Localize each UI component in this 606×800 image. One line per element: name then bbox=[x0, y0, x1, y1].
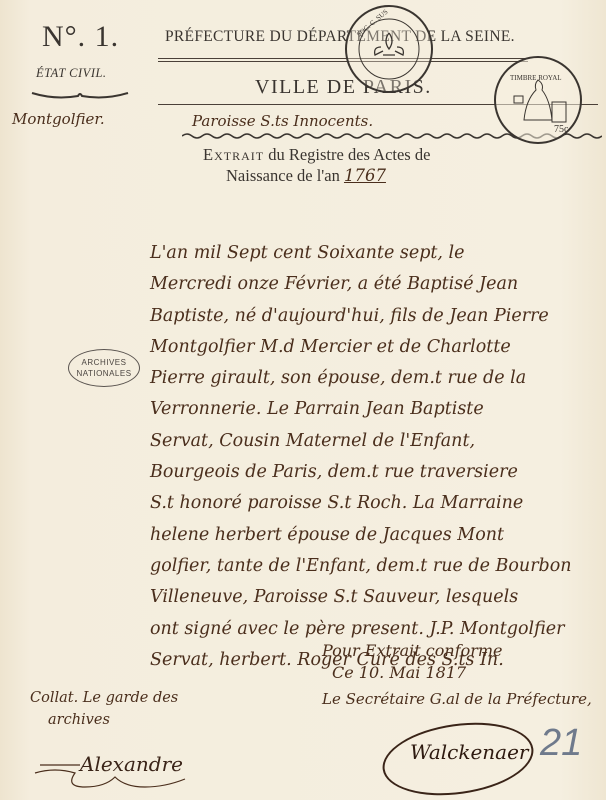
collation-note: Collat. Le garde des bbox=[30, 690, 178, 706]
paroisse-field: Paroisse S.ts Innocents. bbox=[192, 112, 373, 130]
nationales-line: NATIONALES bbox=[69, 368, 139, 379]
extrait-title: Extrait du Registre des Actes de bbox=[203, 145, 430, 165]
record-line: helene herbert épouse de Jacques Mont bbox=[150, 520, 600, 551]
pencil-folio-number: 21 bbox=[540, 722, 582, 765]
etat-civil-label: ÉTAT CIVIL. bbox=[36, 66, 107, 81]
margin-annotation: Montgolfier. bbox=[12, 110, 105, 128]
timbre-royal-stamp: TIMBRE ROYAL 75c bbox=[494, 56, 582, 144]
signature-flourish-icon bbox=[30, 745, 200, 795]
rule-divider bbox=[158, 58, 528, 59]
prefecture-heading: PRÉFECTURE DU DÉPARTEMENT DE LA SEINE. bbox=[165, 28, 515, 46]
record-line: L'an mil Sept cent Soixante sept, le bbox=[150, 238, 600, 269]
rule-divider bbox=[158, 61, 528, 62]
extrait-subtitle: Naissance de l'an 1767 bbox=[226, 166, 386, 186]
extrait-rest: du Registre des Actes de bbox=[264, 145, 430, 164]
svg-text:SOC. C. SUS: SOC. C. SUS bbox=[355, 8, 389, 39]
record-line: Bourgeois de Paris, dem.t rue traversier… bbox=[150, 457, 600, 488]
record-line: Villeneuve, Paroisse S.t Sauveur, lesque… bbox=[150, 582, 600, 613]
secretary-title: Le Secrétaire G.al de la Préfecture, bbox=[322, 690, 592, 708]
archives-line: ARCHIVES bbox=[69, 357, 139, 368]
baptism-record-text: L'an mil Sept cent Soixante sept, le Mer… bbox=[150, 238, 600, 676]
record-line: Verronnerie. Le Parrain Jean Baptiste bbox=[150, 394, 600, 425]
certification-date: Ce 10. Mai 1817 bbox=[332, 663, 466, 682]
archives-nationales-stamp: ARCHIVES NATIONALES bbox=[68, 349, 140, 387]
svg-text:75c: 75c bbox=[554, 124, 569, 135]
record-line: golfier, tante de l'Enfant, dem.t rue de… bbox=[150, 551, 600, 582]
record-line: S.t honoré paroisse S.t Roch. La Marrain… bbox=[150, 488, 600, 519]
certification-line: Pour Extrait conforme bbox=[322, 641, 502, 660]
collation-archives: archives bbox=[48, 712, 110, 728]
naissance-label: Naissance de l'an bbox=[226, 166, 344, 185]
extrait-word: Extrait bbox=[203, 145, 264, 164]
fleur-de-lis-icon: SOC. C. SUS bbox=[347, 7, 431, 91]
record-line: Baptiste, né d'aujourd'hui, fils de Jean… bbox=[150, 301, 600, 332]
year-field: 1767 bbox=[344, 166, 386, 185]
record-line: Mercredi onze Février, a été Baptisé Jea… bbox=[150, 269, 600, 300]
decorative-brace-icon bbox=[30, 90, 130, 102]
seated-figure-icon: TIMBRE ROYAL 75c bbox=[496, 58, 580, 142]
record-line: Servat, Cousin Maternel de l'Enfant, bbox=[150, 426, 600, 457]
royal-seal-stamp: SOC. C. SUS bbox=[345, 5, 433, 93]
record-line: Montgolfier M.d Mercier et de Charlotte bbox=[150, 332, 600, 363]
record-line: Pierre girault, son épouse, dem.t rue de… bbox=[150, 363, 600, 394]
secretary-signature: Walckenaer bbox=[410, 740, 529, 764]
document-number: N°. 1. bbox=[42, 20, 119, 54]
svg-text:TIMBRE ROYAL: TIMBRE ROYAL bbox=[510, 74, 562, 82]
